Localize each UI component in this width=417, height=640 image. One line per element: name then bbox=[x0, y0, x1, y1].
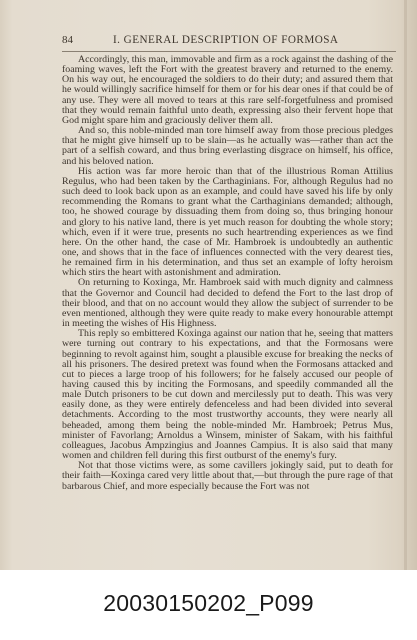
paragraph: His action was far more heroic than that… bbox=[62, 167, 393, 279]
header-rule bbox=[62, 51, 396, 52]
page-number: 84 bbox=[62, 34, 73, 46]
scanned-page: 84 I. GENERAL DESCRIPTION OF FORMOSA Acc… bbox=[0, 0, 417, 570]
paragraph: On returning to Koxinga, Mr. Hambroek sa… bbox=[62, 278, 393, 329]
running-title: I. GENERAL DESCRIPTION OF FORMOSA bbox=[113, 34, 338, 46]
paragraph: Accordingly, this man, immovable and fir… bbox=[62, 55, 393, 126]
paragraph: Not that those victims were, as some cav… bbox=[62, 461, 393, 491]
body-text: Accordingly, this man, immovable and fir… bbox=[62, 55, 393, 492]
paragraph: And so, this noble-minded man tore himse… bbox=[62, 126, 393, 167]
image-caption: 20030150202_P099 bbox=[0, 590, 417, 617]
paragraph: This reply so embittered Koxinga against… bbox=[62, 329, 393, 461]
page-header: 84 I. GENERAL DESCRIPTION OF FORMOSA bbox=[62, 34, 396, 50]
